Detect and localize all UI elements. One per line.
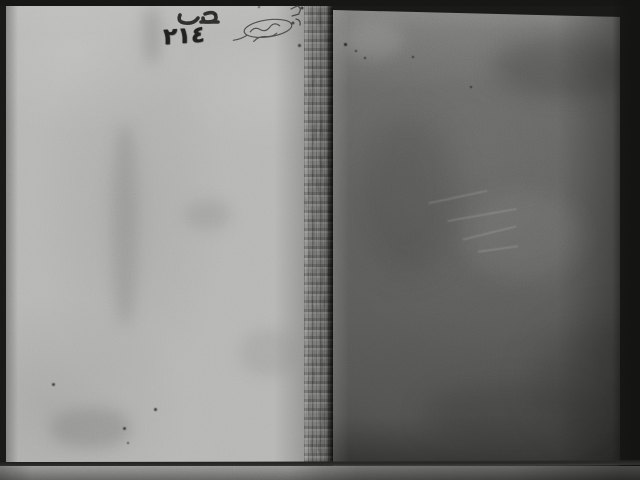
stain (50, 408, 130, 448)
foxing-spot (52, 383, 55, 386)
foxing-spot (214, 13, 217, 16)
shading-blob (423, 385, 603, 445)
right-page (333, 0, 620, 470)
marble-texture (304, 3, 333, 462)
scan-right-shadow (612, 0, 640, 480)
foxing-spot (364, 57, 366, 59)
stain (240, 330, 300, 376)
book-scan: ٢١٤ (0, 0, 640, 480)
shading-blob (358, 115, 458, 275)
scan-top-shadow (0, 0, 640, 6)
foxing-spot (154, 408, 157, 411)
stain (185, 200, 231, 230)
shading-blob (343, 20, 403, 60)
foxing-spot (123, 427, 126, 430)
foxing-spot (344, 43, 347, 46)
gutter-marbled-strip (304, 3, 333, 462)
foxing-spot (298, 44, 301, 47)
stain (112, 125, 138, 325)
foxing-spot (470, 86, 472, 88)
foxing-spot (127, 442, 129, 444)
foxing-spot (355, 50, 357, 52)
foxing-spot (258, 6, 260, 8)
foxing-spot (412, 56, 414, 58)
stain (144, 6, 160, 64)
left-page (6, 5, 304, 462)
book-bottom-edge (0, 466, 640, 480)
